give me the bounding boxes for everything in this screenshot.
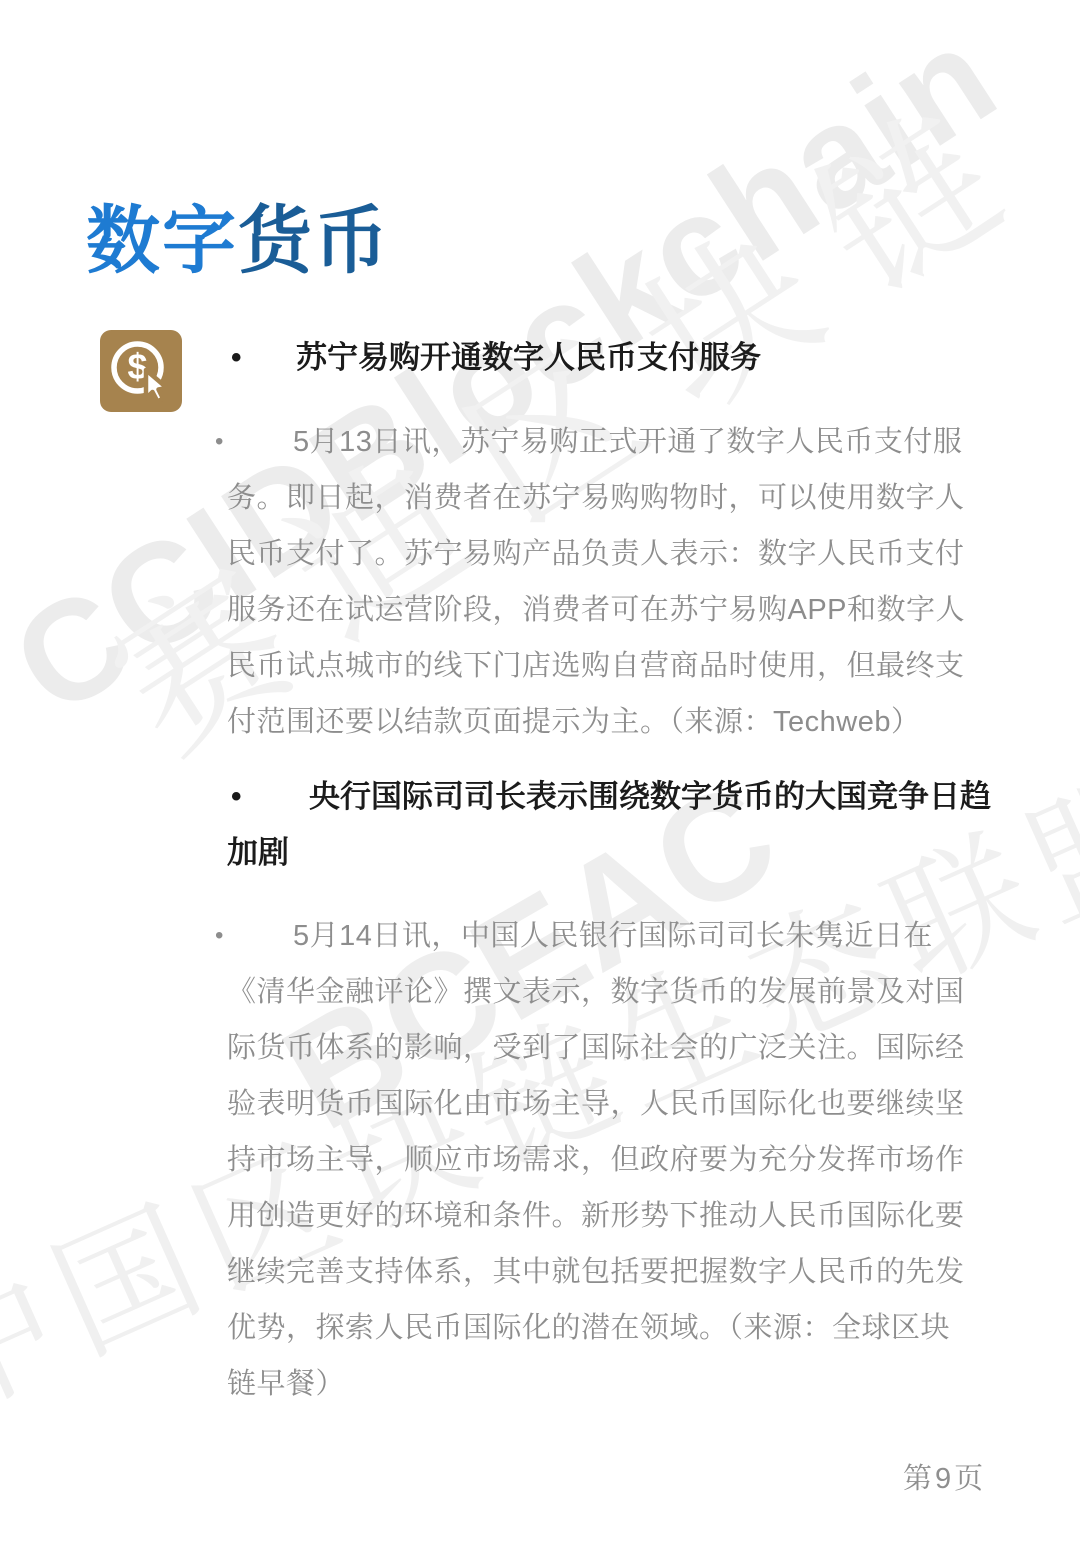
page-title-part1: 数字 [86,199,238,282]
body-line: 民币试点城市的线下门店选购自营商品时使用，但最终支 [227,638,1027,694]
page-title-part2: 货币 [238,199,390,282]
body-line: 际货币体系的影响，受到了国际社会的广泛关注。国际经 [227,1020,1027,1076]
headline-line: 央行国际司司长表示围绕数字货币的大国竞争日趋 [227,769,1027,825]
news-headline-2: • 央行国际司司长表示围绕数字货币的大国竞争日趋 加剧 [227,769,1027,881]
body-line: 5月13日讯，苏宁易购正式开通了数字人民币支付服 [227,414,1027,470]
report-page: CCIDBlockchain 赛迪区块链 BCEAC 中国区块链生态联盟 数字货… [0,0,1080,1558]
body-line: 务。即日起，消费者在苏宁易购购物时，可以使用数字人 [227,470,1027,526]
body-line: 付范围还要以结款页面提示为主。（来源：Techweb） [227,694,1027,750]
news-paragraph-2: • 5月14日讯，中国人民银行国际司司长朱隽近日在 《清华金融评论》撰文表示，数… [227,908,1027,1412]
news-headline-1: • 苏宁易购开通数字人民币支付服务 [227,330,1027,386]
body-line: 服务还在试运营阶段，消费者可在苏宁易购APP和数字人 [227,582,1027,638]
body-line: 继续完善支持体系，其中就包括要把握数字人民币的先发 [227,1244,1027,1300]
news-paragraph-1: • 5月13日讯，苏宁易购正式开通了数字人民币支付服 务。即日起，消费者在苏宁易… [227,414,1027,750]
body-line: 民币支付了。苏宁易购产品负责人表示：数字人民币支付 [227,526,1027,582]
body-line: 《清华金融评论》撰文表示，数字货币的发展前景及对国 [227,964,1027,1020]
bullet-icon: • [215,414,224,470]
headline-line: 苏宁易购开通数字人民币支付服务 [227,330,1027,386]
body-line: 5月14日讯，中国人民银行国际司司长朱隽近日在 [227,908,1027,964]
body-line: 验表明货币国际化由市场主导，人民币国际化也要继续坚 [227,1076,1027,1132]
headline-line: 加剧 [227,825,1027,881]
page-number: 第9页 [903,1456,986,1497]
dollar-coin-cursor-icon: $ [100,330,182,412]
body-line: 优势，探索人民币国际化的潜在领域。（来源：全球区块 [227,1300,1027,1356]
bullet-icon: • [215,908,224,964]
body-line: 持市场主导，顺应市场需求，但政府要为充分发挥市场作 [227,1132,1027,1188]
bullet-icon: • [231,769,242,825]
body-line: 链早餐） [227,1356,1027,1412]
bullet-icon: • [231,330,242,386]
page-title: 数字货币 [86,200,390,281]
body-line: 用创造更好的环境和条件。新形势下推动人民币国际化要 [227,1188,1027,1244]
